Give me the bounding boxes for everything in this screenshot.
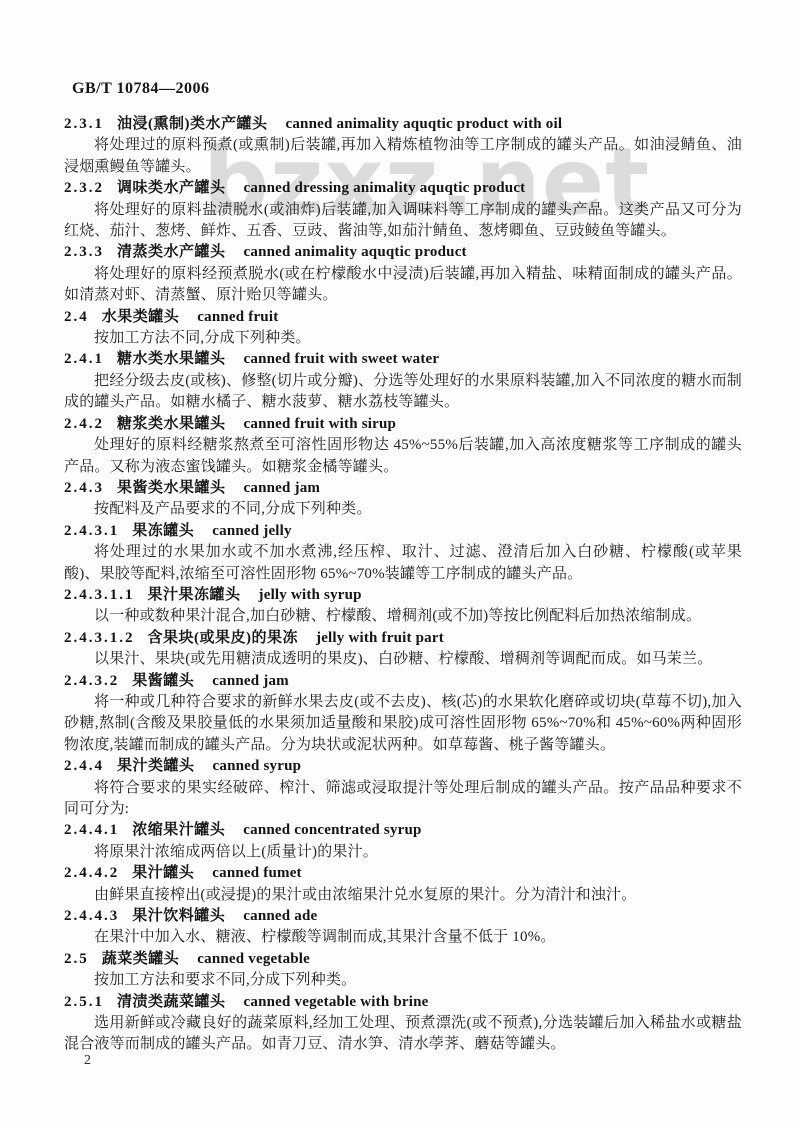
- clause-number: 2.3.3: [64, 244, 104, 260]
- clause-paragraph: 处理好的原料经糖浆熬煮至可溶性固形物达 45%~55%后装罐,加入高浓度糖浆等工…: [64, 435, 742, 478]
- clause-paragraph: 按配料及产品要求的不同,分成下列种类。: [64, 499, 742, 520]
- clause-number: 2.3.1: [64, 116, 104, 132]
- clause-heading: 2.4.3.1.1果汁果冻罐头jelly with syrup: [64, 585, 742, 606]
- clause-number: 2.4.4.2: [64, 865, 119, 881]
- clause-paragraph: 选用新鲜或冷藏良好的蔬菜原料,经加工处理、预煮漂洗(或不预煮),分选装罐后加入稀…: [64, 1013, 742, 1056]
- clause-2.3.1: 2.3.1油浸(熏制)类水产罐头canned animality aquqtic…: [64, 114, 742, 178]
- clause-paragraph: 将一种或几种符合要求的新鲜水果去皮(或不去皮)、核(芯)的水果软化磨碎或切块(草…: [64, 692, 742, 756]
- clause-title-en: canned fruit with sirup: [244, 416, 397, 432]
- clause-heading: 2.4.3果酱类水果罐头canned jam: [64, 478, 742, 499]
- clause-2.4.4: 2.4.4果汁类罐头canned syrup将符合要求的果实经破碎、榨汁、筛滤或…: [64, 756, 742, 820]
- clause-number: 2.4.2: [64, 416, 104, 432]
- clause-heading: 2.4.1糖水类水果罐头canned fruit with sweet wate…: [64, 349, 742, 370]
- clause-title-zh: 水果类罐头: [102, 309, 180, 325]
- clause-heading: 2.3.2调味类水产罐头canned dressing animality aq…: [64, 178, 742, 199]
- clause-paragraph: 将原果汁浓缩成两倍以上(质量计)的果汁。: [64, 842, 742, 863]
- clause-title-zh: 蔬菜类罐头: [102, 951, 180, 967]
- clause-number: 2.4.4: [64, 758, 104, 774]
- clause-title-zh: 调味类水产罐头: [117, 180, 226, 196]
- clause-title-en: canned jelly: [212, 523, 291, 539]
- clause-number: 2.5: [64, 951, 89, 967]
- clause-title-zh: 果酱罐头: [132, 673, 194, 689]
- clause-number: 2.4.4.3: [64, 908, 119, 924]
- clause-number: 2.4.3.1.2: [64, 630, 135, 646]
- clause-heading: 2.4.4果汁类罐头canned syrup: [64, 756, 742, 777]
- clause-paragraph: 将处理过的原料预煮(或熏制)后装罐,再加入精炼植物油等工序制成的罐头产品。如油浸…: [64, 135, 742, 178]
- clause-title-zh: 糖水类水果罐头: [117, 351, 226, 367]
- clause-title-zh: 浓缩果汁罐头: [132, 822, 225, 838]
- clause-heading: 2.4.3.1.2含果块(或果皮)的果冻jelly with fruit par…: [64, 628, 742, 649]
- clause-title-en: canned animality aquqtic product with oi…: [286, 116, 563, 132]
- clause-heading: 2.4.3.1果冻罐头canned jelly: [64, 521, 742, 542]
- clause-title-en: canned fumet: [212, 865, 301, 881]
- clause-paragraph: 由鲜果直接榨出(或浸提)的果汁或由浓缩果汁兑水复原的果汁。分为清汁和浊汁。: [64, 885, 742, 906]
- clause-title-en: canned jam: [212, 673, 289, 689]
- clause-paragraph: 以果汁、果块(或先用糖渍成透明的果皮)、白砂糖、柠檬酸、增稠剂等调配而成。如马茉…: [64, 649, 742, 670]
- clause-title-zh: 清渍类蔬菜罐头: [117, 994, 226, 1010]
- clause-paragraph: 把经分级去皮(或核)、修整(切片或分瓣)、分选等处理好的水果原料装罐,加入不同浓…: [64, 371, 742, 414]
- clause-number: 2.4.3: [64, 480, 104, 496]
- clause-2.5: 2.5蔬菜类罐头canned vegetable按加工方法和要求不同,分成下列种…: [64, 949, 742, 992]
- clause-title-en: canned vegetable with brine: [244, 994, 429, 1010]
- clause-heading: 2.4水果类罐头canned fruit: [64, 307, 742, 328]
- clause-heading: 2.4.4.1浓缩果汁罐头canned concentrated syrup: [64, 820, 742, 841]
- clause-paragraph: 将处理好的原料盐渍脱水(或油炸)后装罐,加入调味料等工序制成的罐头产品。这类产品…: [64, 200, 742, 243]
- clause-2.4.1: 2.4.1糖水类水果罐头canned fruit with sweet wate…: [64, 349, 742, 413]
- clause-number: 2.4.3.1: [64, 523, 119, 539]
- clause-paragraph: 将处理好的原料经预煮脱水(或在柠檬酸水中浸渍)后装罐,再加入精盐、味精面制成的罐…: [64, 264, 742, 307]
- clause-title-en: jelly with fruit part: [316, 630, 444, 646]
- clause-title-zh: 果汁饮料罐头: [132, 908, 225, 924]
- clause-number: 2.5.1: [64, 994, 104, 1010]
- clause-paragraph: 在果汁中加入水、糖液、柠檬酸等调制而成,其果汁含量不低于 10%。: [64, 927, 742, 948]
- clause-paragraph: 按加工方法不同,分成下列种类。: [64, 328, 742, 349]
- clause-number: 2.4.1: [64, 351, 104, 367]
- clause-heading: 2.4.2糖浆类水果罐头canned fruit with sirup: [64, 414, 742, 435]
- clause-number: 2.4.4.1: [64, 822, 119, 838]
- page-number: 2: [84, 1053, 91, 1069]
- standard-number-header: GB/T 10784—2006: [72, 80, 209, 98]
- clause-title-en: canned concentrated syrup: [243, 822, 421, 838]
- clause-title-zh: 油浸(熏制)类水产罐头: [117, 116, 268, 132]
- clause-title-zh: 清蒸类水产罐头: [117, 244, 226, 260]
- clause-number: 2.4: [64, 309, 89, 325]
- clause-heading: 2.3.1油浸(熏制)类水产罐头canned animality aquqtic…: [64, 114, 742, 135]
- clause-heading: 2.5蔬菜类罐头canned vegetable: [64, 949, 742, 970]
- clause-title-zh: 果汁类罐头: [117, 758, 195, 774]
- clause-2.4.3.1.2: 2.4.3.1.2含果块(或果皮)的果冻jelly with fruit par…: [64, 628, 742, 671]
- clause-title-en: canned animality aquqtic product: [244, 244, 467, 260]
- clause-2.4.4.2: 2.4.4.2果汁罐头canned fumet由鲜果直接榨出(或浸提)的果汁或由…: [64, 863, 742, 906]
- clause-title-en: canned vegetable: [197, 951, 310, 967]
- clause-2.3.3: 2.3.3清蒸类水产罐头canned animality aquqtic pro…: [64, 242, 742, 306]
- scanned-standard-page: bzxz.net GB/T 10784—2006 2.3.1油浸(熏制)类水产罐…: [0, 0, 800, 1126]
- clause-2.4.4.3: 2.4.4.3果汁饮料罐头canned ade在果汁中加入水、糖液、柠檬酸等调制…: [64, 906, 742, 949]
- clause-paragraph: 将符合要求的果实经破碎、榨汁、筛滤或浸取提汁等处理后制成的罐头产品。按产品品种要…: [64, 778, 742, 821]
- clause-2.5.1: 2.5.1清渍类蔬菜罐头canned vegetable with brine选…: [64, 992, 742, 1056]
- clause-heading: 2.4.3.2果酱罐头canned jam: [64, 671, 742, 692]
- clause-title-en: canned syrup: [213, 758, 302, 774]
- clause-2.4.3.1.1: 2.4.3.1.1果汁果冻罐头jelly with syrup以一种或数种果汁混…: [64, 585, 742, 628]
- clause-2.4.4.1: 2.4.4.1浓缩果汁罐头canned concentrated syrup将原…: [64, 820, 742, 863]
- document-body: 2.3.1油浸(熏制)类水产罐头canned animality aquqtic…: [64, 114, 742, 1056]
- clause-title-zh: 果汁罐头: [132, 865, 194, 881]
- clause-2.3.2: 2.3.2调味类水产罐头canned dressing animality aq…: [64, 178, 742, 242]
- clause-title-en: canned jam: [244, 480, 321, 496]
- clause-heading: 2.5.1清渍类蔬菜罐头canned vegetable with brine: [64, 992, 742, 1013]
- clause-title-zh: 果汁果冻罐头: [148, 587, 241, 603]
- clause-heading: 2.4.4.2果汁罐头canned fumet: [64, 863, 742, 884]
- clause-paragraph: 按加工方法和要求不同,分成下列种类。: [64, 970, 742, 991]
- clause-heading: 2.3.3清蒸类水产罐头canned animality aquqtic pro…: [64, 242, 742, 263]
- clause-title-zh: 糖浆类水果罐头: [117, 416, 226, 432]
- clause-2.4.3.2: 2.4.3.2果酱罐头canned jam将一种或几种符合要求的新鲜水果去皮(或…: [64, 671, 742, 757]
- clause-paragraph: 将处理过的水果加水或不加水煮沸,经压榨、取汁、过滤、澄清后加入白砂糖、柠檬酸(或…: [64, 542, 742, 585]
- clause-title-en: canned ade: [243, 908, 317, 924]
- clause-number: 2.4.3.2: [64, 673, 119, 689]
- clause-2.4: 2.4水果类罐头canned fruit按加工方法不同,分成下列种类。: [64, 307, 742, 350]
- clause-2.4.3: 2.4.3果酱类水果罐头canned jam按配料及产品要求的不同,分成下列种类…: [64, 478, 742, 521]
- clause-2.4.3.1: 2.4.3.1果冻罐头canned jelly将处理过的水果加水或不加水煮沸,经…: [64, 521, 742, 585]
- clause-heading: 2.4.4.3果汁饮料罐头canned ade: [64, 906, 742, 927]
- clause-title-en: jelly with syrup: [259, 587, 362, 603]
- clause-2.4.2: 2.4.2糖浆类水果罐头canned fruit with sirup处理好的原…: [64, 414, 742, 478]
- clause-paragraph: 以一种或数种果汁混合,加白砂糖、柠檬酸、增稠剂(或不加)等按比例配料后加热浓缩制…: [64, 606, 742, 627]
- clause-title-zh: 含果块(或果皮)的果冻: [148, 630, 299, 646]
- clause-title-en: canned fruit with sweet water: [244, 351, 440, 367]
- clause-number: 2.3.2: [64, 180, 104, 196]
- clause-title-zh: 果酱类水果罐头: [117, 480, 226, 496]
- clause-title-en: canned fruit: [197, 309, 278, 325]
- clause-title-zh: 果冻罐头: [132, 523, 194, 539]
- clause-number: 2.4.3.1.1: [64, 587, 135, 603]
- clause-title-en: canned dressing animality aquqtic produc…: [244, 180, 526, 196]
